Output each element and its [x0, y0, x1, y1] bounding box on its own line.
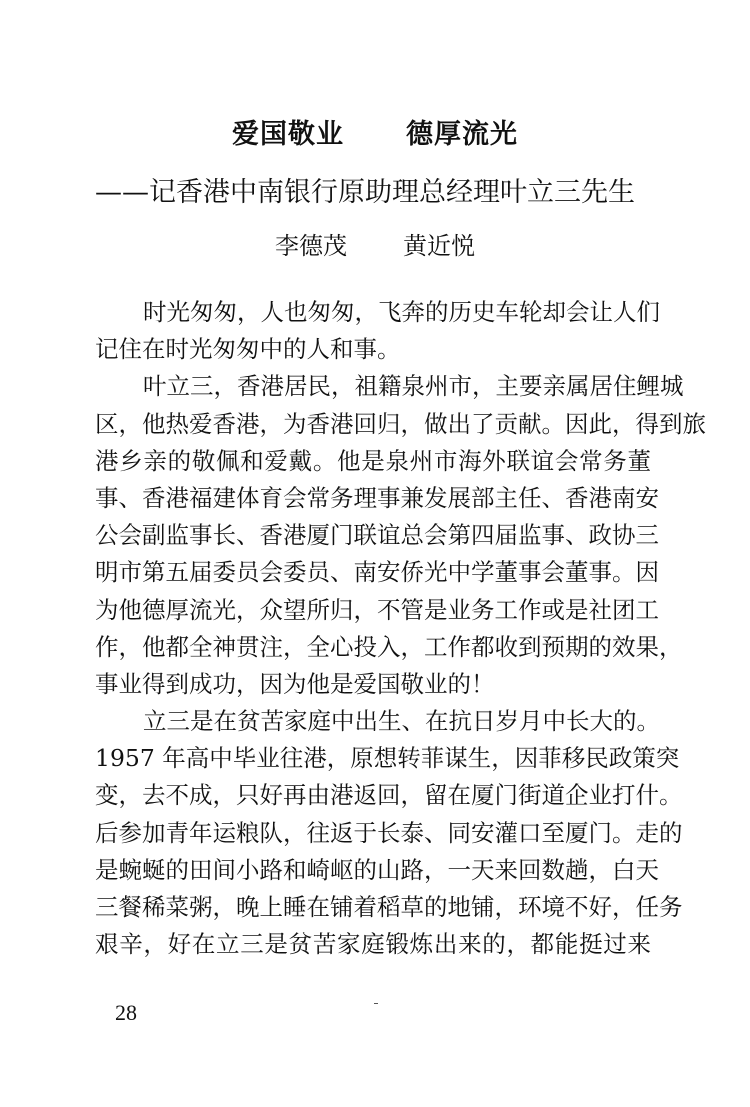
body-line: 明市第五届委员会委员、南安侨光中学董事会董事。因: [95, 554, 651, 591]
body-line: 是蜿蜒的田间小路和崎岖的山路，一天来回数趟，白天: [95, 852, 651, 889]
body-line: 港乡亲的敬佩和爱戴。他是泉州市海外联谊会常务董: [95, 443, 651, 480]
body-line: 事、香港福建体育会常务理事兼发展部主任、香港南安: [95, 480, 651, 517]
body-line: 作，他都全神贯注，全心投入，工作都收到预期的效果，: [95, 629, 651, 666]
scan-artifact: [374, 1003, 378, 1004]
body-line: 变，去不成，只好再由港返回，留在厦门街道企业打什。: [95, 777, 651, 814]
body-line: 区，他热爱香港，为香港回归，做出了贡献。因此，得到旅: [95, 406, 651, 443]
title-right: 德厚流光: [406, 119, 518, 150]
article-subtitle: ——记香港中南银行原助理总经理叶立三先生: [95, 170, 675, 209]
body-line: 立三是在贫苦家庭中出生、在抗日岁月中长大的。: [95, 703, 651, 740]
author-1: 李德茂: [275, 232, 347, 260]
body-line: 事业得到成功，因为他是爱国敬业的！: [95, 666, 651, 703]
body-line: 时光匆匆，人也匆匆，飞奔的历史车轮却会让人们: [95, 294, 651, 331]
article-body: 时光匆匆，人也匆匆，飞奔的历史车轮却会让人们 记住在时光匆匆中的人和事。 叶立三…: [95, 294, 651, 963]
article-title: 爱国敬业德厚流光: [0, 112, 750, 151]
page-number: 28: [115, 1000, 137, 1026]
body-line: 艰辛，好在立三是贫苦家庭锻炼出来的，都能挺过来: [95, 926, 651, 963]
author-2: 黄近悦: [403, 232, 475, 260]
body-line: 叶立三，香港居民，祖籍泉州市，主要亲属居住鲤城: [95, 368, 651, 405]
body-line: 为他德厚流光，众望所归，不管是业务工作或是社团工: [95, 592, 651, 629]
body-line: 1957 年高中毕业往港，原想转菲谋生，因菲移民政策突: [95, 740, 651, 777]
body-line: 记住在时光匆匆中的人和事。: [95, 331, 651, 368]
body-line: 后参加青年运粮队，往返于长泰、同安灌口至厦门。走的: [95, 815, 651, 852]
body-line: 公会副监事长、香港厦门联谊总会第四届监事、政协三: [95, 517, 651, 554]
author-line: 李德茂黄近悦: [0, 226, 750, 261]
title-left: 爱国敬业: [232, 119, 344, 150]
document-page: 爱国敬业德厚流光 ——记香港中南银行原助理总经理叶立三先生 李德茂黄近悦 时光匆…: [0, 0, 750, 1107]
body-line: 三餐稀菜粥，晚上睡在铺着稻草的地铺，环境不好，任务: [95, 889, 651, 926]
